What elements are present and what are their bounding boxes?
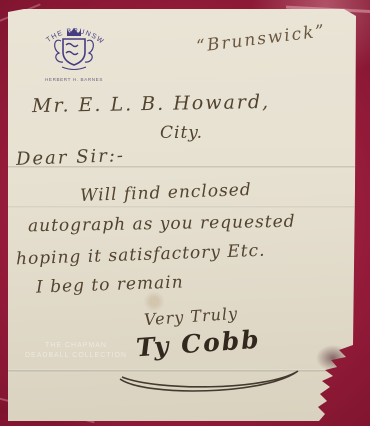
ty-cobb-signature: Ty Cobb — [135, 325, 261, 363]
collection-watermark: THE CHAPMAN DEADBALL COLLECTION — [22, 341, 130, 361]
recipient-city: City. — [160, 123, 203, 143]
closing-line: Very Truly — [143, 304, 238, 330]
letter-body-line: Will find enclosed — [80, 180, 252, 206]
banner-icon — [62, 67, 86, 70]
paper-crease — [8, 205, 356, 208]
letter-sheet: THE BRUNSWICK HERBERT H. BARNES “Brunswi… — [8, 9, 356, 421]
recipient-line: Mr. E. L. B. Howard, — [32, 91, 270, 117]
watermark-line1: THE CHAPMAN — [22, 341, 130, 351]
framed-letter-photo: THE BRUNSWICK HERBERT H. BARNES “Brunswi… — [0, 0, 370, 426]
handwritten-annotation-brunswick: “Brunswick” — [195, 21, 327, 57]
tear-shadow — [316, 345, 350, 371]
svg-text:THE BRUNSWICK: THE BRUNSWICK — [32, 15, 105, 46]
watermark-line2: DEADBALL COLLECTION — [22, 351, 130, 361]
paper-crease — [8, 369, 356, 372]
letter-body-line: hoping it satisfactory Etc. — [16, 241, 266, 270]
letter-body-line: I beg to remain — [36, 272, 184, 297]
salutation: Dear Sir:- — [16, 145, 126, 170]
brunswick-crest-logo: THE BRUNSWICK HERBERT H. BARNES — [32, 15, 116, 85]
scrollwork-icon — [55, 40, 94, 62]
signature-flourish — [116, 361, 316, 395]
letter-body-line: autograph as you requested — [28, 212, 296, 237]
lions-icon — [66, 44, 78, 55]
crest-title: THE BRUNSWICK — [32, 15, 105, 46]
crest-subtitle: HERBERT H. BARNES — [45, 77, 103, 82]
